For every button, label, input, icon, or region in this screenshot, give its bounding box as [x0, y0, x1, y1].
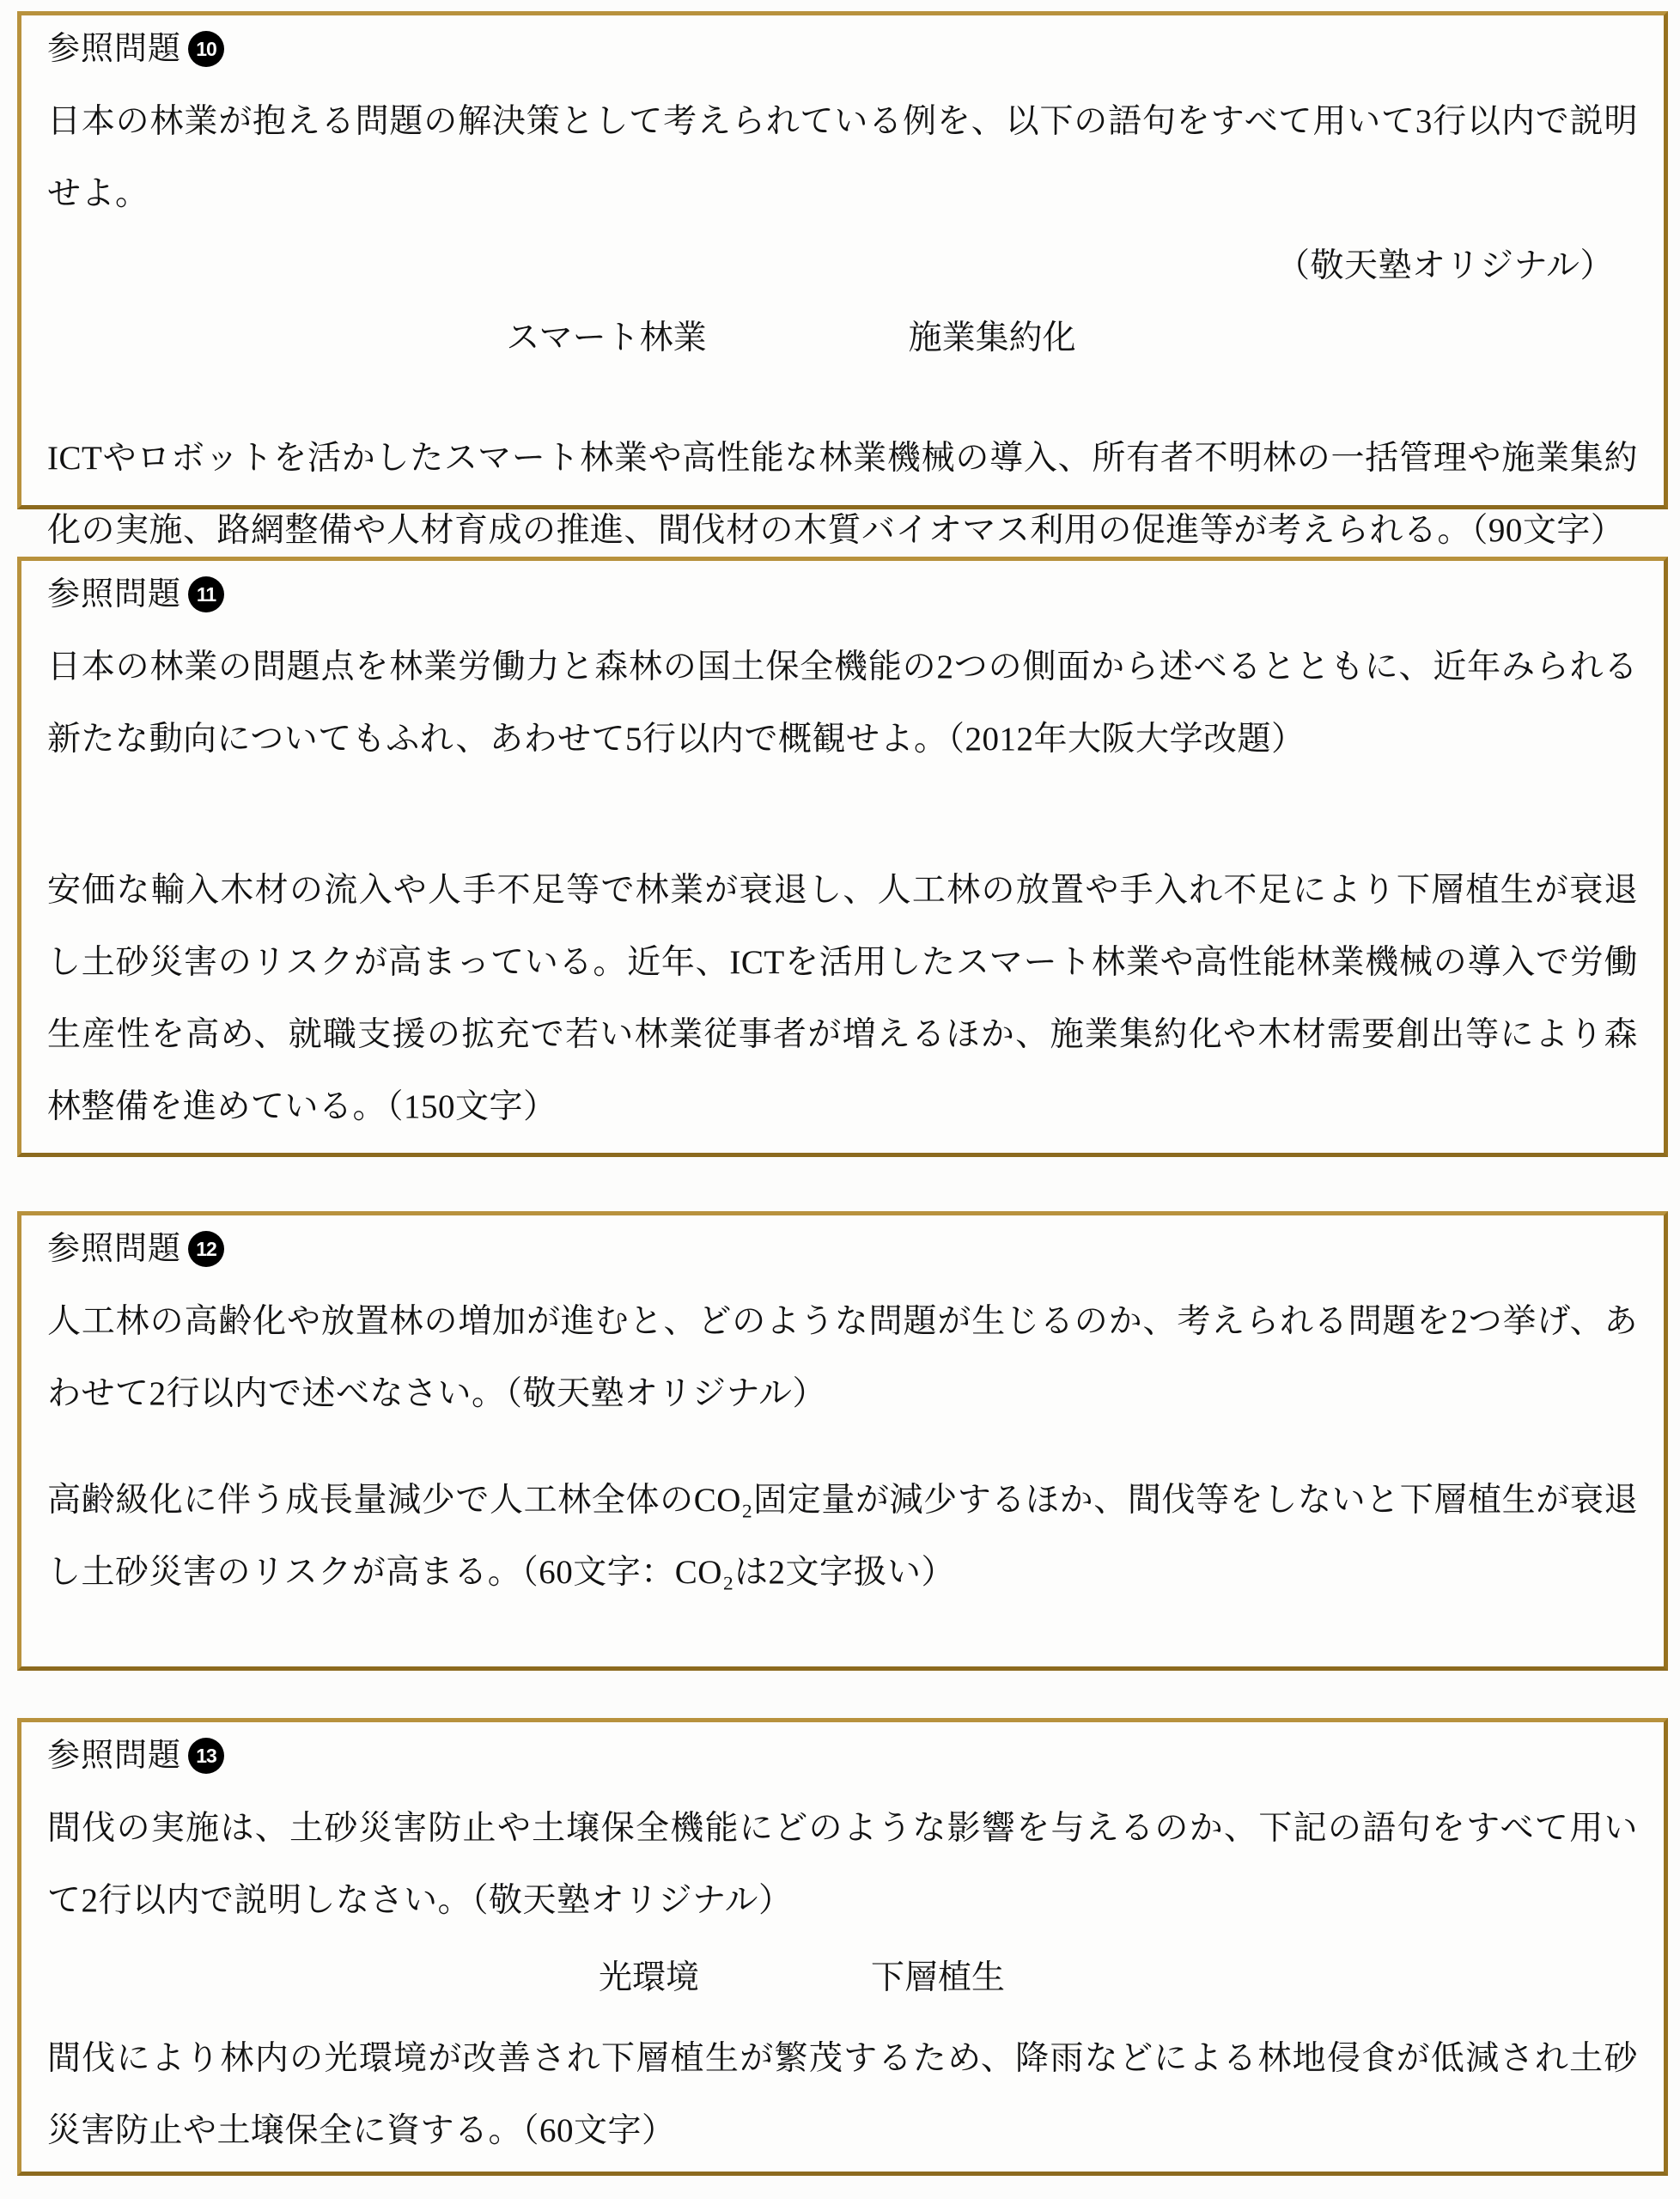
question-text: 人工林の高齢化や放置林の増加が進むと、どのような問題が生じるのか、考えられる問題… [47, 1286, 1638, 1430]
problem-box-12: 参照問題12 人工林の高齢化や放置林の増加が進むと、どのような問題が生じるのか、… [17, 1211, 1668, 1671]
answer-text: ICTやロボットを活かしたスマート林業や高性能な林業機械の導入、所有者不明林の一… [47, 423, 1638, 567]
keyword-row: 光環境 下層植生 [47, 1942, 1638, 2014]
problem-number-badge: 11 [188, 576, 224, 612]
keyword-row: スマート林業 施業集約化 [47, 302, 1638, 375]
answer-text: 高齢級化に伴う成長量減少で人工林全体のCO₂固定量が減少するほか、間伐等をしない… [47, 1465, 1638, 1609]
answer-text: 安価な輸入木材の流入や人手不足等で林業が衰退し、人工林の放置や手入れ不足により下… [47, 855, 1638, 1143]
problem-box-10: 参照問題10 日本の林業が抱える問題の解決策として考えられている例を、以下の語句… [17, 11, 1668, 509]
problem-title: 参照問題10 [47, 24, 1638, 74]
question-text: 日本の林業の問題点を林業労働力と森林の国土保全機能の2つの側面から述べるとともに… [47, 631, 1638, 776]
question-text: 日本の林業が抱える問題の解決策として考えられている例を、以下の語句をすべて用いて… [47, 86, 1638, 230]
keyword-item: 下層植生 [871, 1942, 1005, 2014]
problem-box-13: 参照問題13 間伐の実施は、土砂災害防止や土壌保全機能にどのような影響を与えるの… [17, 1718, 1668, 2176]
answer-text: 間伐により林内の光環境が改善され下層植生が繁茂するため、降雨などによる林地侵食が… [47, 2023, 1638, 2167]
problem-title: 参照問題13 [47, 1731, 1638, 1781]
problem-number-badge: 12 [188, 1231, 224, 1267]
problem-number-badge: 10 [188, 31, 224, 67]
attribution-text: （敬天塾オリジナル） [47, 230, 1638, 302]
problem-title-label: 参照問題 [47, 24, 181, 74]
problem-number-badge: 13 [188, 1738, 224, 1774]
problem-title: 参照問題11 [47, 570, 1638, 619]
keyword-item: 施業集約化 [909, 302, 1076, 375]
question-text: 間伐の実施は、土砂災害防止や土壌保全機能にどのような影響を与えるのか、下記の語句… [47, 1793, 1638, 1937]
problem-title-label: 参照問題 [47, 1224, 181, 1274]
problem-title-label: 参照問題 [47, 570, 181, 619]
keyword-item: 光環境 [599, 1942, 699, 2014]
keyword-item: スマート林業 [506, 302, 706, 375]
problem-title-label: 参照問題 [47, 1731, 181, 1781]
problem-title: 参照問題12 [47, 1224, 1638, 1274]
problem-box-11: 参照問題11 日本の林業の問題点を林業労働力と森林の国土保全機能の2つの側面から… [17, 557, 1668, 1157]
